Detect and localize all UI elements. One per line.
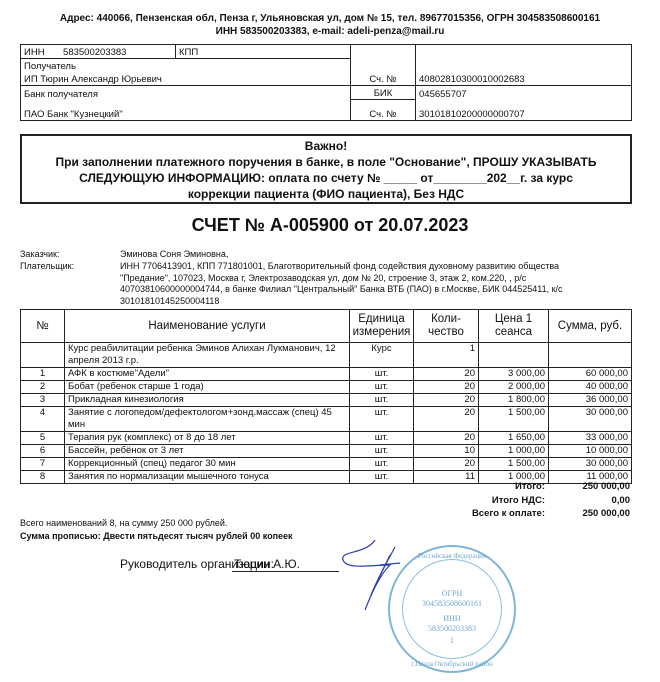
notice-line-2: СЛЕДУЮЩУЮ ИНФОРМАЦИЮ: оплата по счету № … <box>22 170 630 186</box>
header-unit-line: Единица <box>351 313 412 326</box>
row-sum: 36 000,00 <box>549 394 632 407</box>
due-value: 250 000,00 <box>548 508 630 519</box>
stamp-outer-text: Российская Федерация <box>402 552 502 560</box>
stamp-inn-label: ИНН <box>402 614 502 623</box>
notice-line-3: коррекции пациента (ФИО пациента), Без Н… <box>22 186 630 202</box>
header-num: № <box>21 310 65 343</box>
account-value: 40802810300010002683 <box>419 74 525 85</box>
row-num: 5 <box>21 432 65 445</box>
due-label: Всего к оплате: <box>420 508 545 519</box>
row-num: 4 <box>21 407 65 432</box>
course-name-line: апреля 2013 г.р. <box>68 355 346 367</box>
total-label: Итого: <box>420 481 545 492</box>
header-qty: Коли-чество <box>414 310 479 343</box>
bik-label: БИК <box>351 86 416 100</box>
row-sum: 30 000,00 <box>549 407 632 432</box>
header-price-line: сеанса <box>480 326 547 339</box>
row-name: Терапия рук (комплекс) от 8 до 18 лет <box>65 432 350 445</box>
row-price: 1 800,00 <box>479 394 549 407</box>
row-num: 1 <box>21 368 65 381</box>
row-unit: шт. <box>350 471 414 484</box>
amount-in-words: Сумма прописью: Двести пятьдесят тысяч р… <box>20 531 293 541</box>
row-qty: 20 <box>414 394 479 407</box>
row-unit: шт. <box>350 432 414 445</box>
course-num <box>21 343 65 368</box>
header-price-line: Цена 1 <box>480 313 547 326</box>
header-unit: Единицаизмерения <box>350 310 414 343</box>
row-price: 1 500,00 <box>479 407 549 432</box>
bank-details-table: ИНН 583500203383 КПП Сч. № 4080281030001… <box>20 44 632 121</box>
course-qty: 1 <box>414 343 479 368</box>
payer-line: "Предание", 107023, Москва г, Электрозав… <box>120 273 620 285</box>
bank-value: ПАО Банк "Кузнецкий" <box>21 100 351 121</box>
row-name: Занятия по нормализации мышечного тонуса <box>65 471 350 484</box>
row-qty: 20 <box>414 368 479 381</box>
inn-label: ИНН <box>24 47 45 58</box>
total-value: 250 000,00 <box>548 481 630 492</box>
row-name: Коррекционный (спец) педагог 30 мин <box>65 458 350 471</box>
table-row: 5 Терапия рук (комплекс) от 8 до 18 лет … <box>21 432 632 445</box>
course-price <box>479 343 549 368</box>
services-table: № Наименование услуги Единицаизмерения К… <box>20 309 632 484</box>
account-value-cell: 40802810300010002683 <box>416 45 632 86</box>
signature-name: Тюрин А.Ю. <box>232 557 339 572</box>
row-name: Бобат (ребенок старше 1 года) <box>65 381 350 394</box>
header-sum: Сумма, руб. <box>549 310 632 343</box>
row-name-line: мин <box>68 419 346 431</box>
row-unit: шт. <box>350 368 414 381</box>
payer-line: 40703810600000004744, в банке Филиал "Це… <box>120 284 620 296</box>
account-label-cell: Сч. № <box>351 45 416 86</box>
customer-label: Заказчик: <box>20 249 59 261</box>
account-label: Сч. № <box>369 74 396 85</box>
row-sum: 60 000,00 <box>549 368 632 381</box>
stamp-ogrn-value: 304583508600161 <box>402 599 502 608</box>
company-inn-email: ИНН 583500203383, e-mail: adeli-penza@ma… <box>0 25 660 38</box>
row-sum: 40 000,00 <box>549 381 632 394</box>
row-qty: 20 <box>414 432 479 445</box>
row-sum: 33 000,00 <box>549 432 632 445</box>
table-row: 2 Бобат (ребенок старше 1 года) шт. 20 2… <box>21 381 632 394</box>
row-qty: 20 <box>414 381 479 394</box>
kpp-label: КПП <box>179 47 198 58</box>
row-num: 7 <box>21 458 65 471</box>
table-row: 7 Коррекционный (спец) педагог 30 мин шт… <box>21 458 632 471</box>
row-num: 6 <box>21 445 65 458</box>
course-row: Курс реабилитации ребенка Эминов Алихан … <box>21 343 632 368</box>
corr-account-label: Сч. № <box>351 100 416 121</box>
kpp-cell: КПП <box>176 45 351 59</box>
payer-line: 30101810145250004118 <box>120 296 620 308</box>
items-count-line: Всего наименований 8, на сумму 250 000 р… <box>20 518 227 528</box>
course-name-line: Курс реабилитации ребенка Эминов Алихан … <box>68 343 346 355</box>
header-qty-line: Коли- <box>415 313 477 326</box>
row-num: 3 <box>21 394 65 407</box>
row-name: Занятие с логопедом/дефектологом+зонд.ма… <box>65 407 350 432</box>
stamp-inn-value: 583500203383 <box>402 624 502 633</box>
stamp-number: 1 <box>402 636 502 645</box>
course-name: Курс реабилитации ребенка Эминов Алихан … <box>65 343 350 368</box>
header-unit-line: измерения <box>351 326 412 339</box>
row-unit: шт. <box>350 394 414 407</box>
payer-line: ИНН 7706413901, КПП 771801001, Благотвор… <box>120 261 620 273</box>
row-name: Прикладная кинезиология <box>65 394 350 407</box>
company-header: Адрес: 440066, Пензенская обл, Пенза г, … <box>0 12 660 38</box>
inn-cell: ИНН 583500203383 <box>21 45 176 59</box>
row-price: 1 650,00 <box>479 432 549 445</box>
row-qty: 10 <box>414 445 479 458</box>
header-name: Наименование услуги <box>65 310 350 343</box>
stamp-bottom-text: г.Пенза Октябрьский район <box>402 660 502 668</box>
corr-account-value: 30101810200000000707 <box>416 100 632 121</box>
row-unit: шт. <box>350 458 414 471</box>
inn-value: 583500203383 <box>63 47 126 58</box>
recipient-label: Получатель <box>21 59 351 73</box>
notice-line-1: При заполнении платежного поручения в ба… <box>22 154 630 170</box>
vat-label: Итого НДС: <box>420 495 545 506</box>
table-row: 3 Прикладная кинезиология шт. 20 1 800,0… <box>21 394 632 407</box>
row-name: Бассейн, ребёнок от 3 лет <box>65 445 350 458</box>
course-sum <box>549 343 632 368</box>
row-qty: 20 <box>414 407 479 432</box>
table-row: 1 АФК в костюме"Адели" шт. 20 3 000,00 6… <box>21 368 632 381</box>
header-price: Цена 1сеанса <box>479 310 549 343</box>
company-address: Адрес: 440066, Пензенская обл, Пенза г, … <box>0 12 660 25</box>
row-name: АФК в костюме"Адели" <box>65 368 350 381</box>
payer-value: ИНН 7706413901, КПП 771801001, Благотвор… <box>120 261 620 307</box>
bik-value: 045655707 <box>416 86 632 100</box>
recipient-value: ИП Тюрин Александр Юрьевич <box>21 72 351 86</box>
table-row: 4 Занятие с логопедом/дефектологом+зонд.… <box>21 407 632 432</box>
row-unit: шт. <box>350 407 414 432</box>
invoice-title: СЧЕТ № А-005900 от 20.07.2023 <box>0 215 660 236</box>
row-qty: 20 <box>414 458 479 471</box>
table-row: 6 Бассейн, ребёнок от 3 лет шт. 10 1 000… <box>21 445 632 458</box>
row-num: 2 <box>21 381 65 394</box>
payer-label: Плательщик: <box>20 261 74 273</box>
bank-label: Банк получателя <box>21 86 351 100</box>
row-sum: 30 000,00 <box>549 458 632 471</box>
row-price: 1 000,00 <box>479 445 549 458</box>
row-num: 8 <box>21 471 65 484</box>
row-name-line: Занятие с логопедом/дефектологом+зонд.ма… <box>68 407 346 419</box>
stamp-ogrn-label: ОГРН <box>402 589 502 598</box>
header-qty-line: чество <box>415 326 477 339</box>
row-price: 3 000,00 <box>479 368 549 381</box>
row-sum: 10 000,00 <box>549 445 632 458</box>
important-notice: Важно! При заполнении платежного поручен… <box>20 134 632 204</box>
course-unit: Курс <box>350 343 414 368</box>
table-header-row: № Наименование услуги Единицаизмерения К… <box>21 310 632 343</box>
row-price: 1 500,00 <box>479 458 549 471</box>
customer-value: Эминова Соня Эминовна, <box>120 249 620 261</box>
notice-title: Важно! <box>22 138 630 154</box>
row-price: 2 000,00 <box>479 381 549 394</box>
row-unit: шт. <box>350 445 414 458</box>
row-unit: шт. <box>350 381 414 394</box>
vat-value: 0,00 <box>548 495 630 506</box>
